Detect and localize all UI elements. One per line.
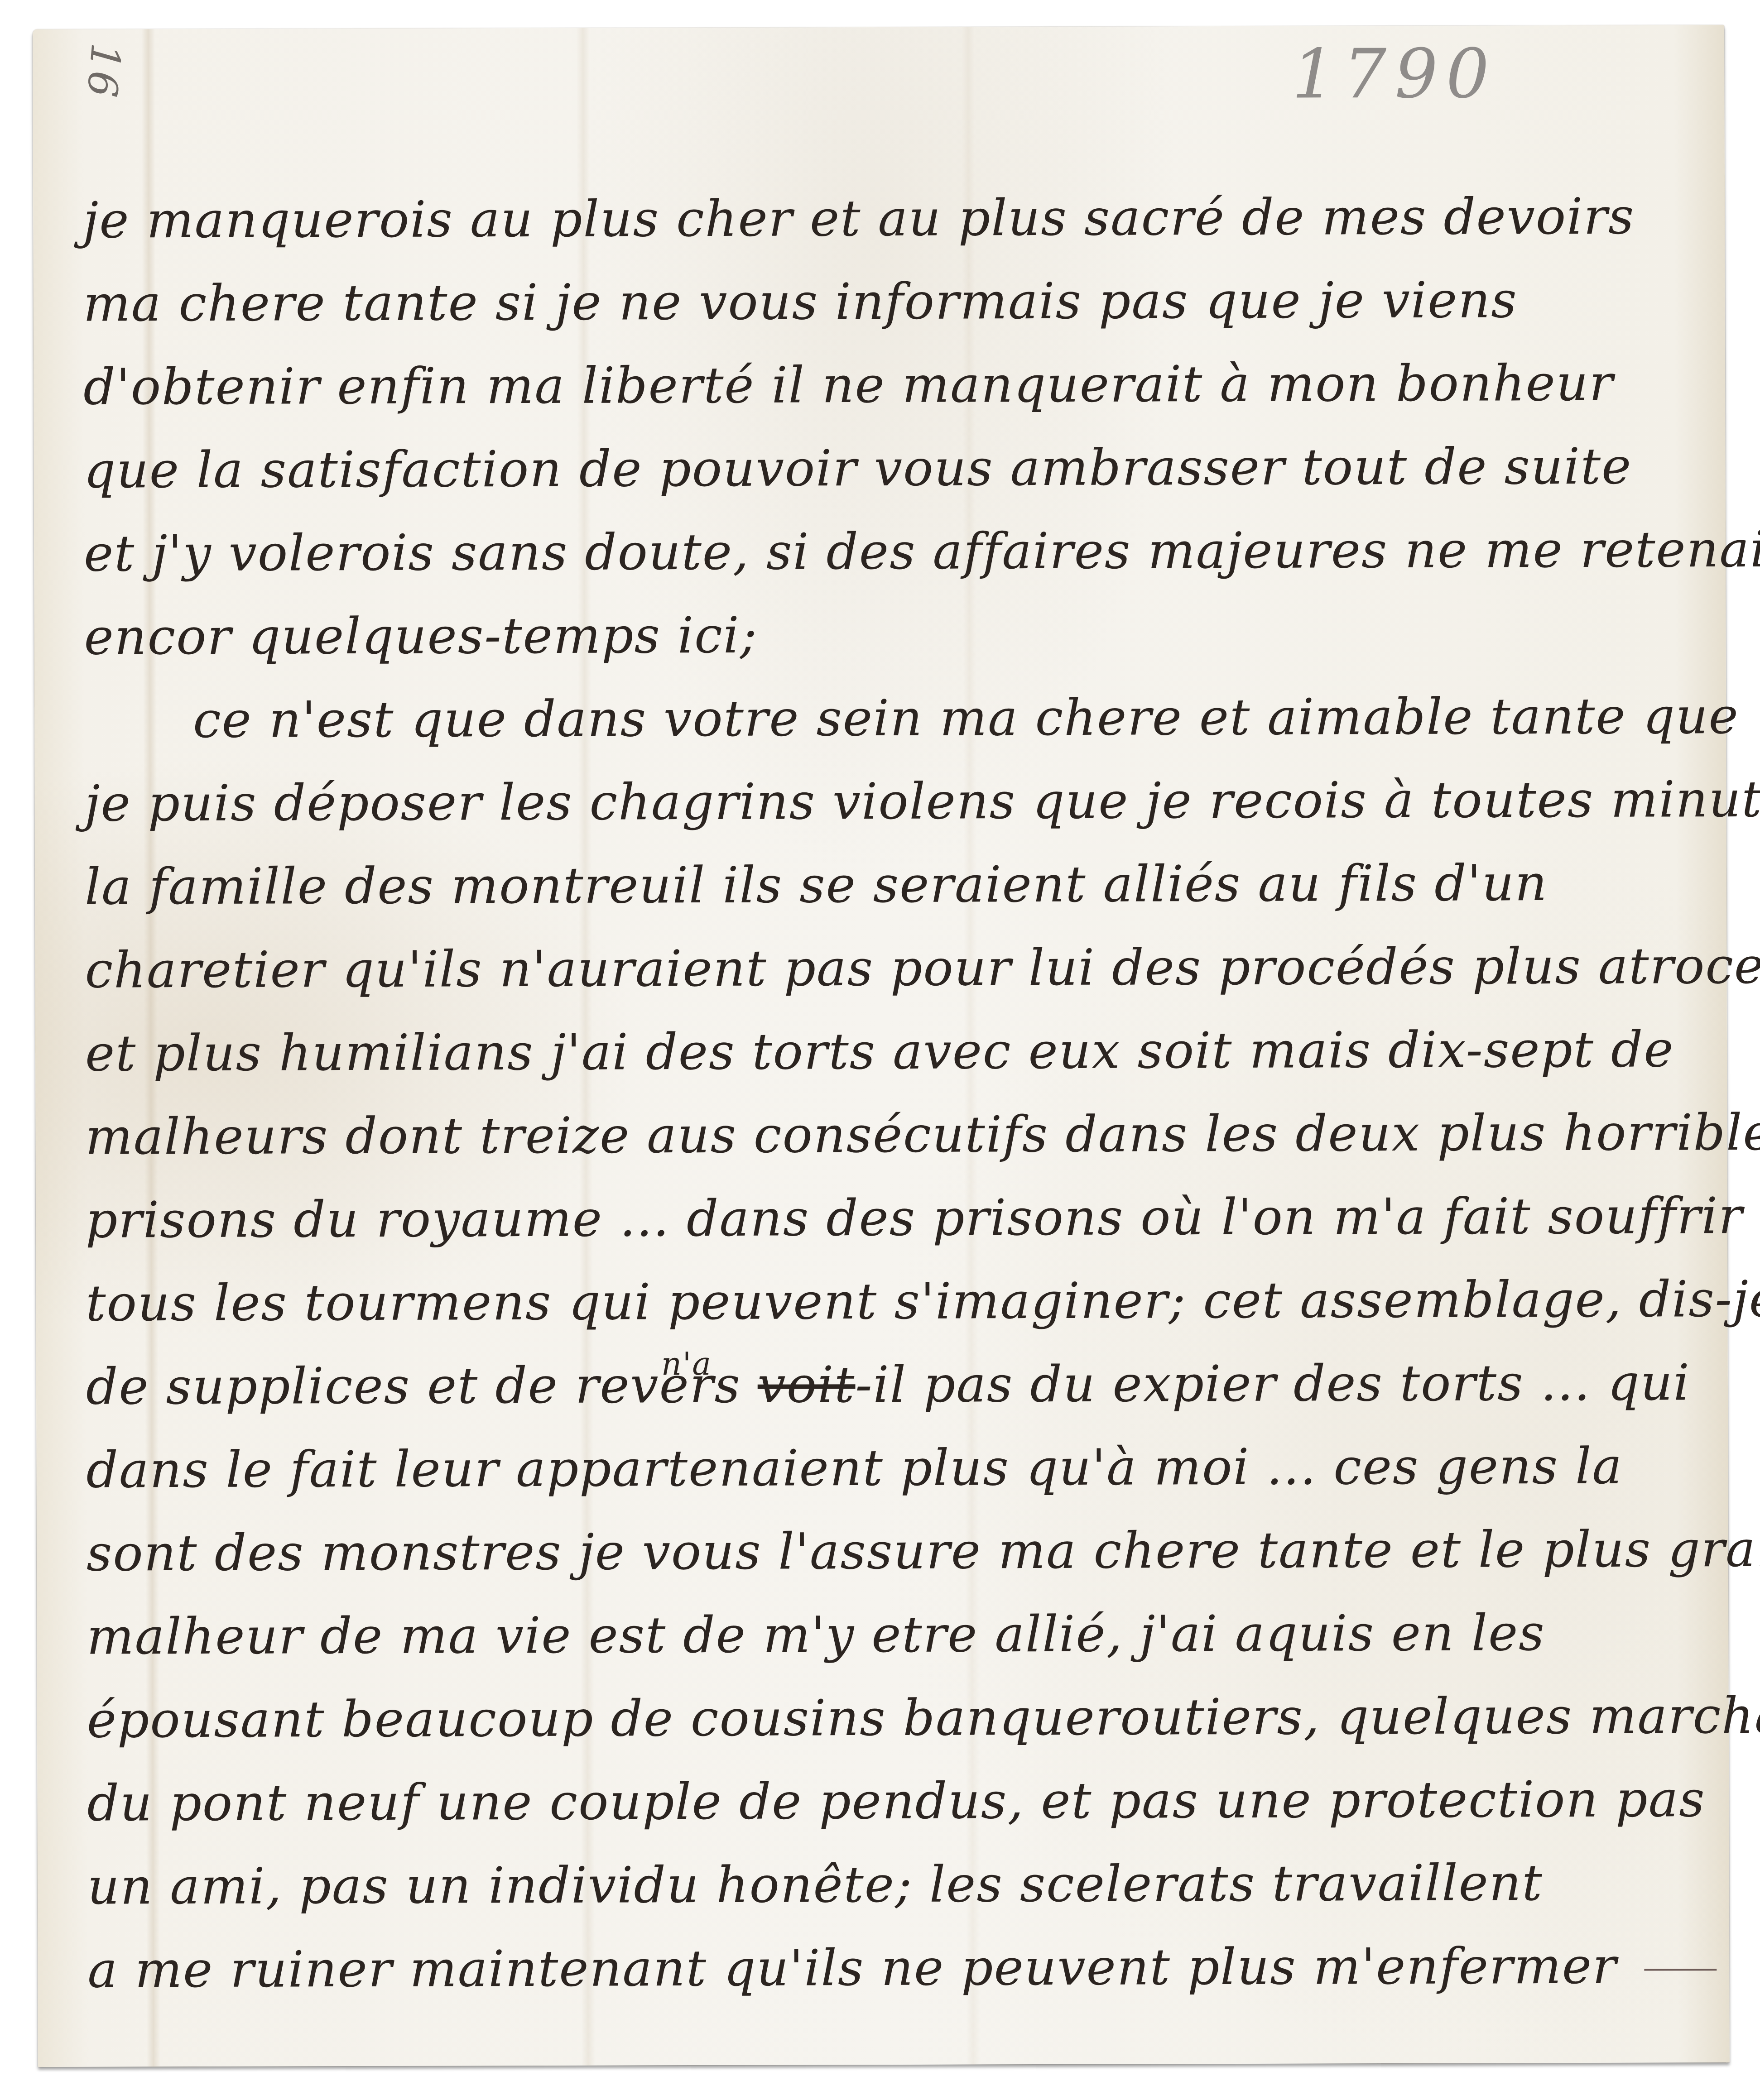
manuscript-page: 16 1790 je manquerois au plus cher et au…: [33, 25, 1730, 2067]
text-line: et plus humilians j'ai des torts avec eu…: [85, 1007, 1697, 1095]
text-line: un ami, pas un individu honête; les scel…: [87, 1841, 1700, 1928]
line-segment: de supplices et de revers: [86, 1356, 758, 1416]
text-line: du pont neuf une couple de pendus, et pa…: [87, 1757, 1699, 1845]
text-line: sont des monstres je vous l'assure ma ch…: [87, 1507, 1699, 1595]
text-line: que la satisfaction de pouvoir vous ambr…: [83, 424, 1696, 512]
text-line: tous les tourmens qui peuvent s'imaginer…: [86, 1257, 1698, 1345]
text-line: épousant beaucoup de cousins banquerouti…: [87, 1674, 1699, 1761]
letter-body: je manquerois au plus cher et au plus sa…: [83, 174, 1700, 2011]
text-line: et j'y volerois sans doute, si des affai…: [84, 508, 1696, 595]
text-line: malheur de ma vie est de m'y etre allié,…: [87, 1591, 1699, 1678]
interlinear-insertion: n'a: [661, 1348, 712, 1380]
text-line: malheurs dont treize aus consécutifs dan…: [85, 1091, 1697, 1178]
text-line: charetier qu'ils n'auraient pas pour lui…: [85, 924, 1697, 1012]
text-line-paragraph-start: ce n'est que dans votre sein ma chere et…: [84, 674, 1697, 762]
text-line: ma chere tante si je ne vous informais p…: [83, 258, 1695, 345]
text-line: la famille des montreuil ils se seraient…: [85, 841, 1697, 928]
text-line: je manquerois au plus cher et au plus sa…: [83, 174, 1695, 262]
line-segment: -il pas du expier des torts ... qui: [855, 1353, 1690, 1414]
struck-out-word: voit: [758, 1356, 856, 1414]
text-line: d'obtenir enfin ma liberté il ne manquer…: [83, 341, 1696, 428]
text-line: je puis déposer les chagrins violens que…: [84, 758, 1697, 845]
text-line: prisons du royaume ... dans des prisons …: [86, 1174, 1698, 1261]
text-line-with-correction: de supplices et de revers voitn'a-il pas…: [86, 1341, 1698, 1428]
text-line: encor quelques-temps ici;: [84, 591, 1696, 678]
text-line-last: a me ruiner maintenant qu'ils ne peuvent…: [87, 1924, 1700, 2011]
pencil-year-note: 1790: [1292, 34, 1497, 114]
text-line: dans le fait leur appartenaient plus qu'…: [86, 1424, 1698, 1511]
line-text: a me ruiner maintenant qu'ils ne peuvent…: [87, 1937, 1617, 1999]
margin-page-number: 16: [77, 42, 130, 101]
line-end-dash: [1645, 1969, 1717, 1971]
